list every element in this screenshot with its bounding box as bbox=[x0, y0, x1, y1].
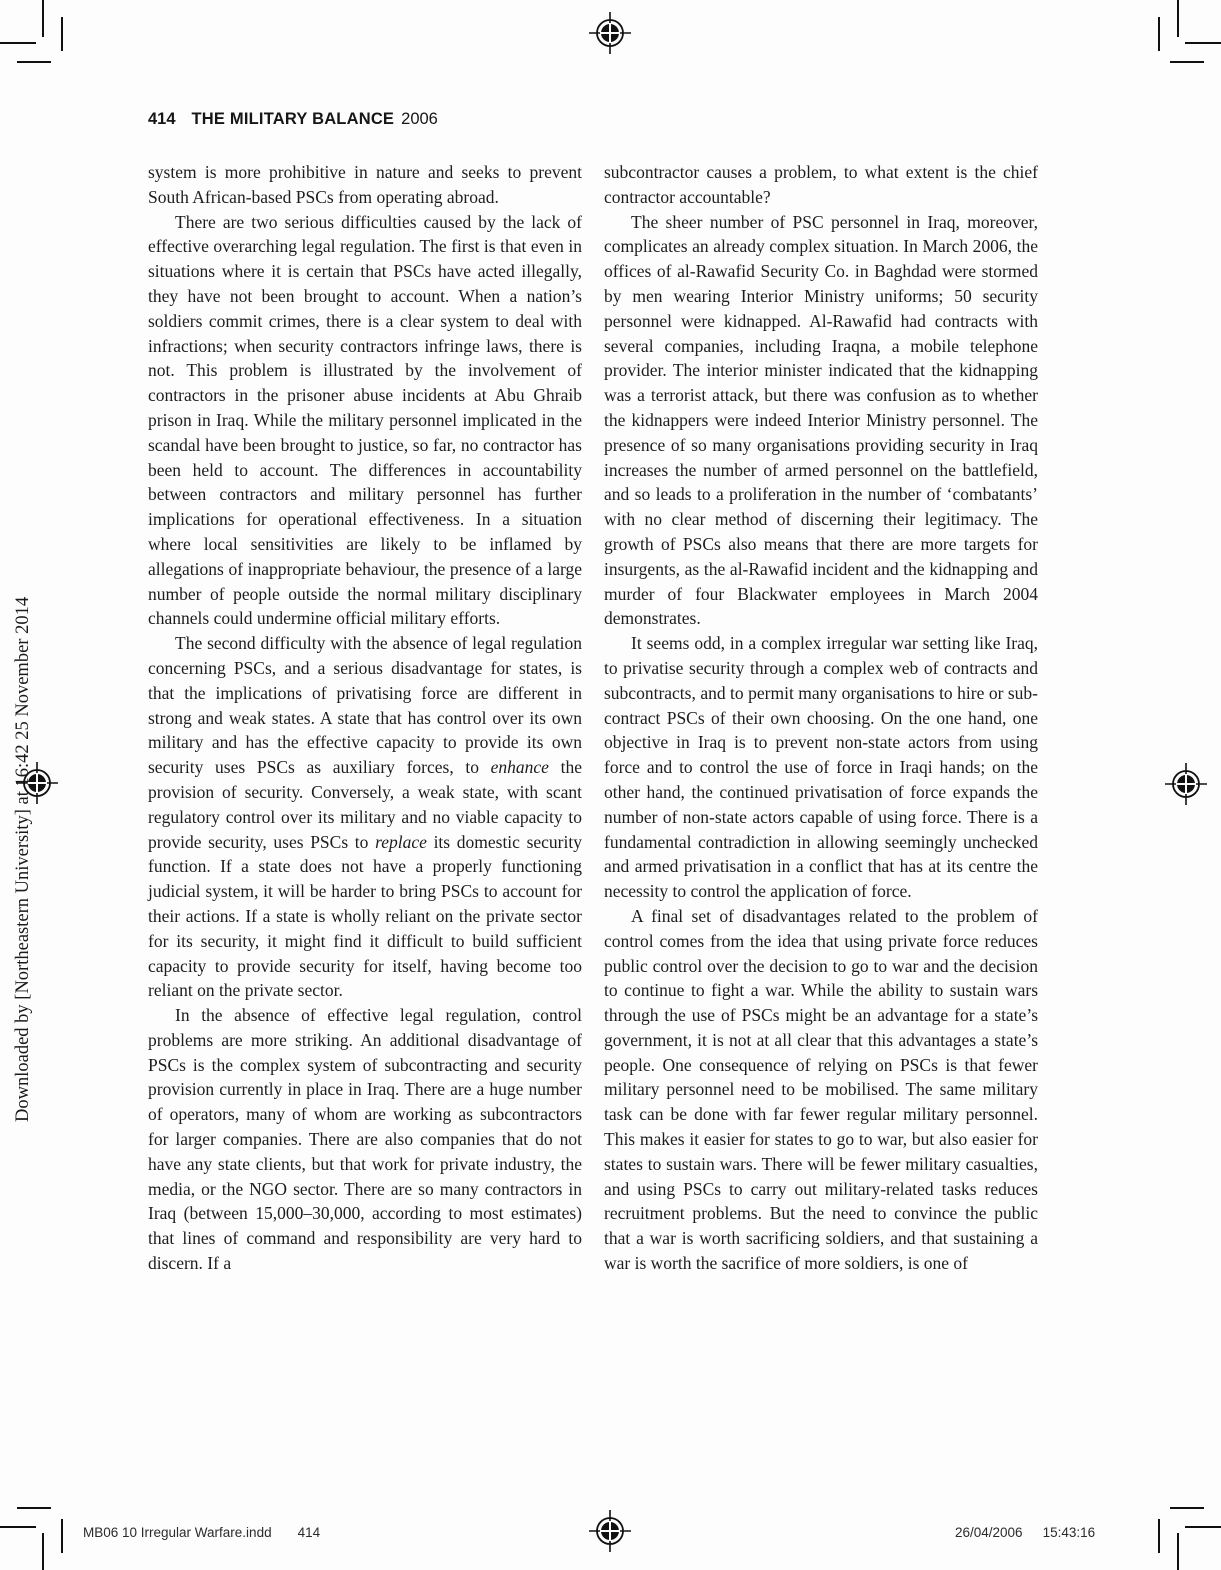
paragraph: A final set of disadvantages related to … bbox=[604, 904, 1038, 1276]
paragraph: There are two serious difficulties cause… bbox=[148, 210, 582, 632]
paragraph: In the absence of effective legal regula… bbox=[148, 1003, 582, 1276]
crop-mark bbox=[1158, 17, 1160, 51]
crop-mark bbox=[42, 1533, 44, 1570]
crop-mark bbox=[17, 1507, 51, 1509]
body-text: It seems odd, in a complex irregular war… bbox=[604, 633, 1038, 901]
body-text: The sheer number of PSC personnel in Ira… bbox=[604, 212, 1038, 629]
paragraph: It seems odd, in a complex irregular war… bbox=[604, 631, 1038, 904]
crop-mark bbox=[0, 42, 36, 44]
registration-mark-icon bbox=[588, 11, 632, 55]
paragraph: The second difficulty with the absence o… bbox=[148, 631, 582, 1003]
left-text-column: system is more prohibitive in nature and… bbox=[148, 160, 582, 1276]
paragraph: system is more prohibitive in nature and… bbox=[148, 160, 582, 210]
paragraph: subcontractor causes a problem, to what … bbox=[604, 160, 1038, 210]
body-text: There are two serious difficulties cause… bbox=[148, 212, 582, 629]
crop-mark bbox=[1177, 1533, 1179, 1570]
footer-time: 15:43:16 bbox=[1043, 1525, 1096, 1540]
footer-file-page: 414 bbox=[298, 1525, 321, 1540]
crop-mark bbox=[1170, 61, 1204, 63]
right-text-column: subcontractor causes a problem, to what … bbox=[604, 160, 1038, 1276]
page-number: 414 bbox=[148, 110, 176, 128]
crop-mark bbox=[61, 1519, 63, 1553]
book-year: 2006 bbox=[401, 110, 438, 128]
footer-timestamp: 26/04/200615:43:16 bbox=[955, 1525, 1095, 1540]
body-text: A final set of disadvantages related to … bbox=[604, 906, 1038, 1273]
page-header: 414THE MILITARY BALANCE2006 bbox=[148, 110, 438, 129]
crop-mark bbox=[61, 17, 63, 51]
crop-mark bbox=[17, 61, 51, 63]
body-text: its domestic security function. If a sta… bbox=[148, 832, 582, 1001]
crop-mark bbox=[0, 1526, 36, 1528]
crop-mark bbox=[1170, 1507, 1204, 1509]
body-text: In the absence of effective legal regula… bbox=[148, 1005, 582, 1273]
body-text: system is more prohibitive in nature and… bbox=[148, 162, 582, 207]
footer-date: 26/04/2006 bbox=[955, 1525, 1023, 1540]
footer-file-info: MB06 10 Irregular Warfare.indd414 bbox=[83, 1525, 320, 1540]
crop-mark bbox=[1185, 42, 1221, 44]
download-watermark: Downloaded by [Northeastern University] … bbox=[13, 597, 34, 1122]
paragraph: The sheer number of PSC personnel in Ira… bbox=[604, 210, 1038, 632]
body-text: subcontractor causes a problem, to what … bbox=[604, 162, 1038, 207]
crop-mark bbox=[42, 0, 44, 37]
italic-text: enhance bbox=[491, 757, 549, 777]
book-title: THE MILITARY BALANCE bbox=[192, 110, 395, 128]
body-text: The second difficulty with the absence o… bbox=[148, 633, 582, 777]
crop-mark bbox=[1185, 1526, 1221, 1528]
crop-mark bbox=[1177, 0, 1179, 37]
registration-mark-icon bbox=[1164, 762, 1208, 806]
footer-file-name: MB06 10 Irregular Warfare.indd bbox=[83, 1525, 272, 1540]
crop-mark bbox=[1158, 1519, 1160, 1553]
italic-text: replace bbox=[375, 832, 427, 852]
registration-mark-icon bbox=[588, 1509, 632, 1553]
scanned-page: 414THE MILITARY BALANCE2006 Downloaded b… bbox=[0, 0, 1221, 1570]
